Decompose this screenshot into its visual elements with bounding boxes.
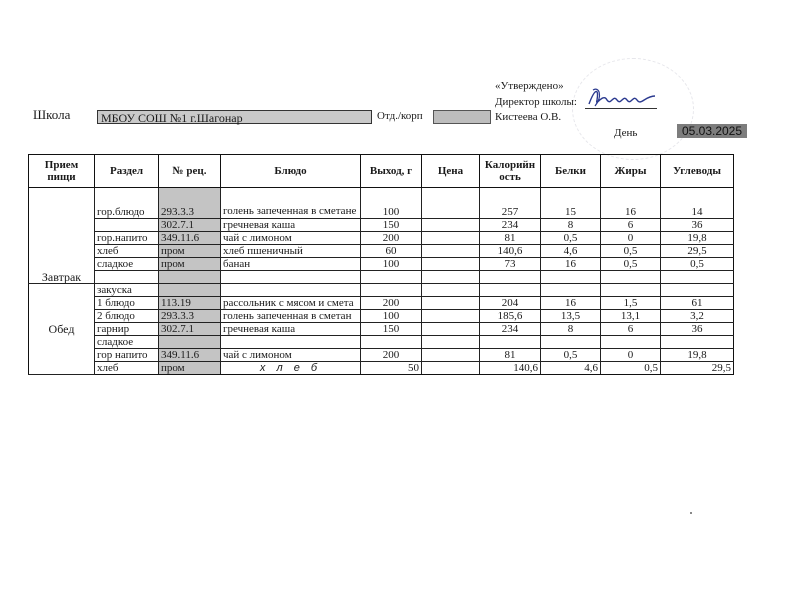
menu-table: Приемпищи Раздел № рец. Блюдо Выход, г Ц… bbox=[28, 154, 734, 375]
cell-protein: 4,6 bbox=[541, 362, 601, 375]
table-row: гор.напито349.11.6чай с лимоном200810,50… bbox=[29, 232, 734, 245]
cell-recipe bbox=[159, 336, 221, 349]
cell-output: 150 bbox=[361, 219, 422, 232]
cell-calories bbox=[480, 271, 541, 284]
cell-section: гарнир bbox=[95, 323, 159, 336]
cell-dish: гречневая каша bbox=[221, 219, 361, 232]
cell-price bbox=[422, 297, 480, 310]
cell-section: гор.блюдо bbox=[95, 188, 159, 219]
cell-protein: 0,5 bbox=[541, 349, 601, 362]
cell-carbs bbox=[661, 284, 734, 297]
day-label: День bbox=[614, 127, 637, 139]
cell-carbs bbox=[661, 336, 734, 349]
cell-price bbox=[422, 323, 480, 336]
cell-recipe: 293.3.3 bbox=[159, 188, 221, 219]
cell-section: 1 блюдо bbox=[95, 297, 159, 310]
cell-protein: 4,6 bbox=[541, 245, 601, 258]
cell-section bbox=[95, 271, 159, 284]
cell-dish: чай с лимоном bbox=[221, 232, 361, 245]
table-row: 1 блюдо113.19рассольник с мясом и смета2… bbox=[29, 297, 734, 310]
cell-protein: 13,5 bbox=[541, 310, 601, 323]
meal-name: Обед bbox=[29, 284, 95, 375]
cell-protein: 8 bbox=[541, 219, 601, 232]
date-field: 05.03.2025 bbox=[677, 124, 747, 138]
cell-price bbox=[422, 232, 480, 245]
table-row: 302.7.1гречневая каша1502348636 bbox=[29, 219, 734, 232]
cell-carbs: 19,8 bbox=[661, 349, 734, 362]
table-row: сладкое bbox=[29, 336, 734, 349]
cell-output: 100 bbox=[361, 188, 422, 219]
cell-calories: 204 bbox=[480, 297, 541, 310]
cell-protein: 8 bbox=[541, 323, 601, 336]
signature-icon bbox=[585, 86, 663, 110]
cell-calories: 81 bbox=[480, 232, 541, 245]
cell-output: 200 bbox=[361, 297, 422, 310]
header-price: Цена bbox=[422, 155, 480, 188]
cell-dish: банан bbox=[221, 258, 361, 271]
cell-carbs: 29,5 bbox=[661, 245, 734, 258]
cell-carbs bbox=[661, 271, 734, 284]
cell-fat: 16 bbox=[601, 188, 661, 219]
cell-section: сладкое bbox=[95, 336, 159, 349]
cell-price bbox=[422, 362, 480, 375]
header-output: Выход, г bbox=[361, 155, 422, 188]
cell-output: 200 bbox=[361, 232, 422, 245]
cell-fat bbox=[601, 336, 661, 349]
cell-calories bbox=[480, 284, 541, 297]
cell-calories: 234 bbox=[480, 323, 541, 336]
cell-calories: 81 bbox=[480, 349, 541, 362]
cell-output bbox=[361, 271, 422, 284]
cell-recipe: 349.11.6 bbox=[159, 349, 221, 362]
cell-dish: гречневая каша bbox=[221, 323, 361, 336]
cell-dish bbox=[221, 271, 361, 284]
cell-protein: 16 bbox=[541, 258, 601, 271]
cell-calories: 257 bbox=[480, 188, 541, 219]
cell-section: закуска bbox=[95, 284, 159, 297]
cell-recipe bbox=[159, 284, 221, 297]
cell-dish bbox=[221, 284, 361, 297]
cell-price bbox=[422, 245, 480, 258]
header-dish: Блюдо bbox=[221, 155, 361, 188]
signature-line bbox=[585, 108, 657, 109]
scan-speck bbox=[690, 512, 692, 514]
table-row: гор напито349.11.6чай с лимоном200810,50… bbox=[29, 349, 734, 362]
cell-fat: 0 bbox=[601, 232, 661, 245]
header-meal: Приемпищи bbox=[29, 155, 95, 188]
cell-calories: 185,6 bbox=[480, 310, 541, 323]
table-row: хлебпромхлеб пшеничный60140,64,60,529,5 bbox=[29, 245, 734, 258]
cell-recipe: пром bbox=[159, 258, 221, 271]
header-section: Раздел bbox=[95, 155, 159, 188]
cell-fat bbox=[601, 271, 661, 284]
cell-dish: чай с лимоном bbox=[221, 349, 361, 362]
cell-fat: 0,5 bbox=[601, 245, 661, 258]
cell-output: 100 bbox=[361, 310, 422, 323]
cell-recipe: 349.11.6 bbox=[159, 232, 221, 245]
lunch-section: Обедзакуска1 блюдо113.19рассольник с мяс… bbox=[29, 284, 734, 375]
cell-output: 100 bbox=[361, 258, 422, 271]
cell-recipe bbox=[159, 271, 221, 284]
cell-price bbox=[422, 284, 480, 297]
director-label: Директор школы: bbox=[495, 96, 577, 108]
cell-carbs: 61 bbox=[661, 297, 734, 310]
cell-section: 2 блюдо bbox=[95, 310, 159, 323]
cell-protein bbox=[541, 271, 601, 284]
cell-fat: 0 bbox=[601, 349, 661, 362]
header-recipe: № рец. bbox=[159, 155, 221, 188]
table-header-row: Приемпищи Раздел № рец. Блюдо Выход, г Ц… bbox=[29, 155, 734, 188]
cell-dish: голень запеченная в сметане bbox=[221, 188, 361, 219]
cell-calories: 234 bbox=[480, 219, 541, 232]
cell-section: хлеб bbox=[95, 245, 159, 258]
cell-fat: 0,5 bbox=[601, 362, 661, 375]
cell-fat: 1,5 bbox=[601, 297, 661, 310]
table-row: 2 блюдо293.3.3голень запеченная в сметан… bbox=[29, 310, 734, 323]
cell-output: 200 bbox=[361, 349, 422, 362]
header-fat: Жиры bbox=[601, 155, 661, 188]
cell-protein: 16 bbox=[541, 297, 601, 310]
cell-price bbox=[422, 219, 480, 232]
table-row: хлебпромх л е б50140,64,60,529,5 bbox=[29, 362, 734, 375]
cell-protein: 0,5 bbox=[541, 232, 601, 245]
cell-calories: 73 bbox=[480, 258, 541, 271]
cell-section: сладкое bbox=[95, 258, 159, 271]
cell-recipe: 293.3.3 bbox=[159, 310, 221, 323]
table-row: сладкоепромбанан10073160,50,5 bbox=[29, 258, 734, 271]
cell-output bbox=[361, 284, 422, 297]
table-row bbox=[29, 271, 734, 284]
cell-protein: 15 bbox=[541, 188, 601, 219]
table-row: гарнир302.7.1гречневая каша1502348636 bbox=[29, 323, 734, 336]
cell-carbs: 14 bbox=[661, 188, 734, 219]
cell-output: 60 bbox=[361, 245, 422, 258]
cell-price bbox=[422, 336, 480, 349]
director-name: Кистеева О.В. bbox=[495, 111, 561, 123]
cell-carbs: 29,5 bbox=[661, 362, 734, 375]
cell-recipe: пром bbox=[159, 245, 221, 258]
cell-price bbox=[422, 349, 480, 362]
cell-dish: хлеб пшеничный bbox=[221, 245, 361, 258]
header-calories: Калорийность bbox=[480, 155, 541, 188]
cell-dish: рассольник с мясом и смета bbox=[221, 297, 361, 310]
cell-carbs: 0,5 bbox=[661, 258, 734, 271]
cell-section bbox=[95, 219, 159, 232]
cell-fat: 6 bbox=[601, 219, 661, 232]
cell-price bbox=[422, 188, 480, 219]
cell-price bbox=[422, 310, 480, 323]
header-protein: Белки bbox=[541, 155, 601, 188]
meal-name: Завтрак bbox=[29, 188, 95, 284]
cell-protein bbox=[541, 284, 601, 297]
header-carbs: Углеводы bbox=[661, 155, 734, 188]
cell-output bbox=[361, 336, 422, 349]
cell-section: хлеб bbox=[95, 362, 159, 375]
cell-fat bbox=[601, 284, 661, 297]
cell-recipe: 113.19 bbox=[159, 297, 221, 310]
cell-recipe: 302.7.1 bbox=[159, 323, 221, 336]
cell-price bbox=[422, 271, 480, 284]
cell-price bbox=[422, 258, 480, 271]
cell-fat: 13,1 bbox=[601, 310, 661, 323]
cell-carbs: 36 bbox=[661, 323, 734, 336]
cell-fat: 6 bbox=[601, 323, 661, 336]
table-row: Обедзакуска bbox=[29, 284, 734, 297]
cell-calories: 140,6 bbox=[480, 362, 541, 375]
school-name-field: МБОУ СОШ №1 г.Шагонар bbox=[97, 110, 372, 124]
cell-recipe: 302.7.1 bbox=[159, 219, 221, 232]
cell-carbs: 36 bbox=[661, 219, 734, 232]
approved-label: «Утверждено» bbox=[495, 80, 564, 92]
cell-carbs: 19,8 bbox=[661, 232, 734, 245]
breakfast-section: Завтракгор.блюдо293.3.3голень запеченная… bbox=[29, 188, 734, 284]
cell-dish: х л е б bbox=[221, 362, 361, 375]
cell-recipe: пром bbox=[159, 362, 221, 375]
cell-protein bbox=[541, 336, 601, 349]
cell-calories bbox=[480, 336, 541, 349]
cell-output: 50 bbox=[361, 362, 422, 375]
department-label: Отд./корп bbox=[377, 110, 423, 122]
cell-dish bbox=[221, 336, 361, 349]
cell-output: 150 bbox=[361, 323, 422, 336]
cell-fat: 0,5 bbox=[601, 258, 661, 271]
cell-dish: голень запеченная в сметан bbox=[221, 310, 361, 323]
table-row: Завтракгор.блюдо293.3.3голень запеченная… bbox=[29, 188, 734, 219]
school-label: Школа bbox=[33, 107, 70, 123]
cell-section: гор.напито bbox=[95, 232, 159, 245]
cell-section: гор напито bbox=[95, 349, 159, 362]
cell-calories: 140,6 bbox=[480, 245, 541, 258]
cell-carbs: 3,2 bbox=[661, 310, 734, 323]
department-field bbox=[433, 110, 491, 124]
